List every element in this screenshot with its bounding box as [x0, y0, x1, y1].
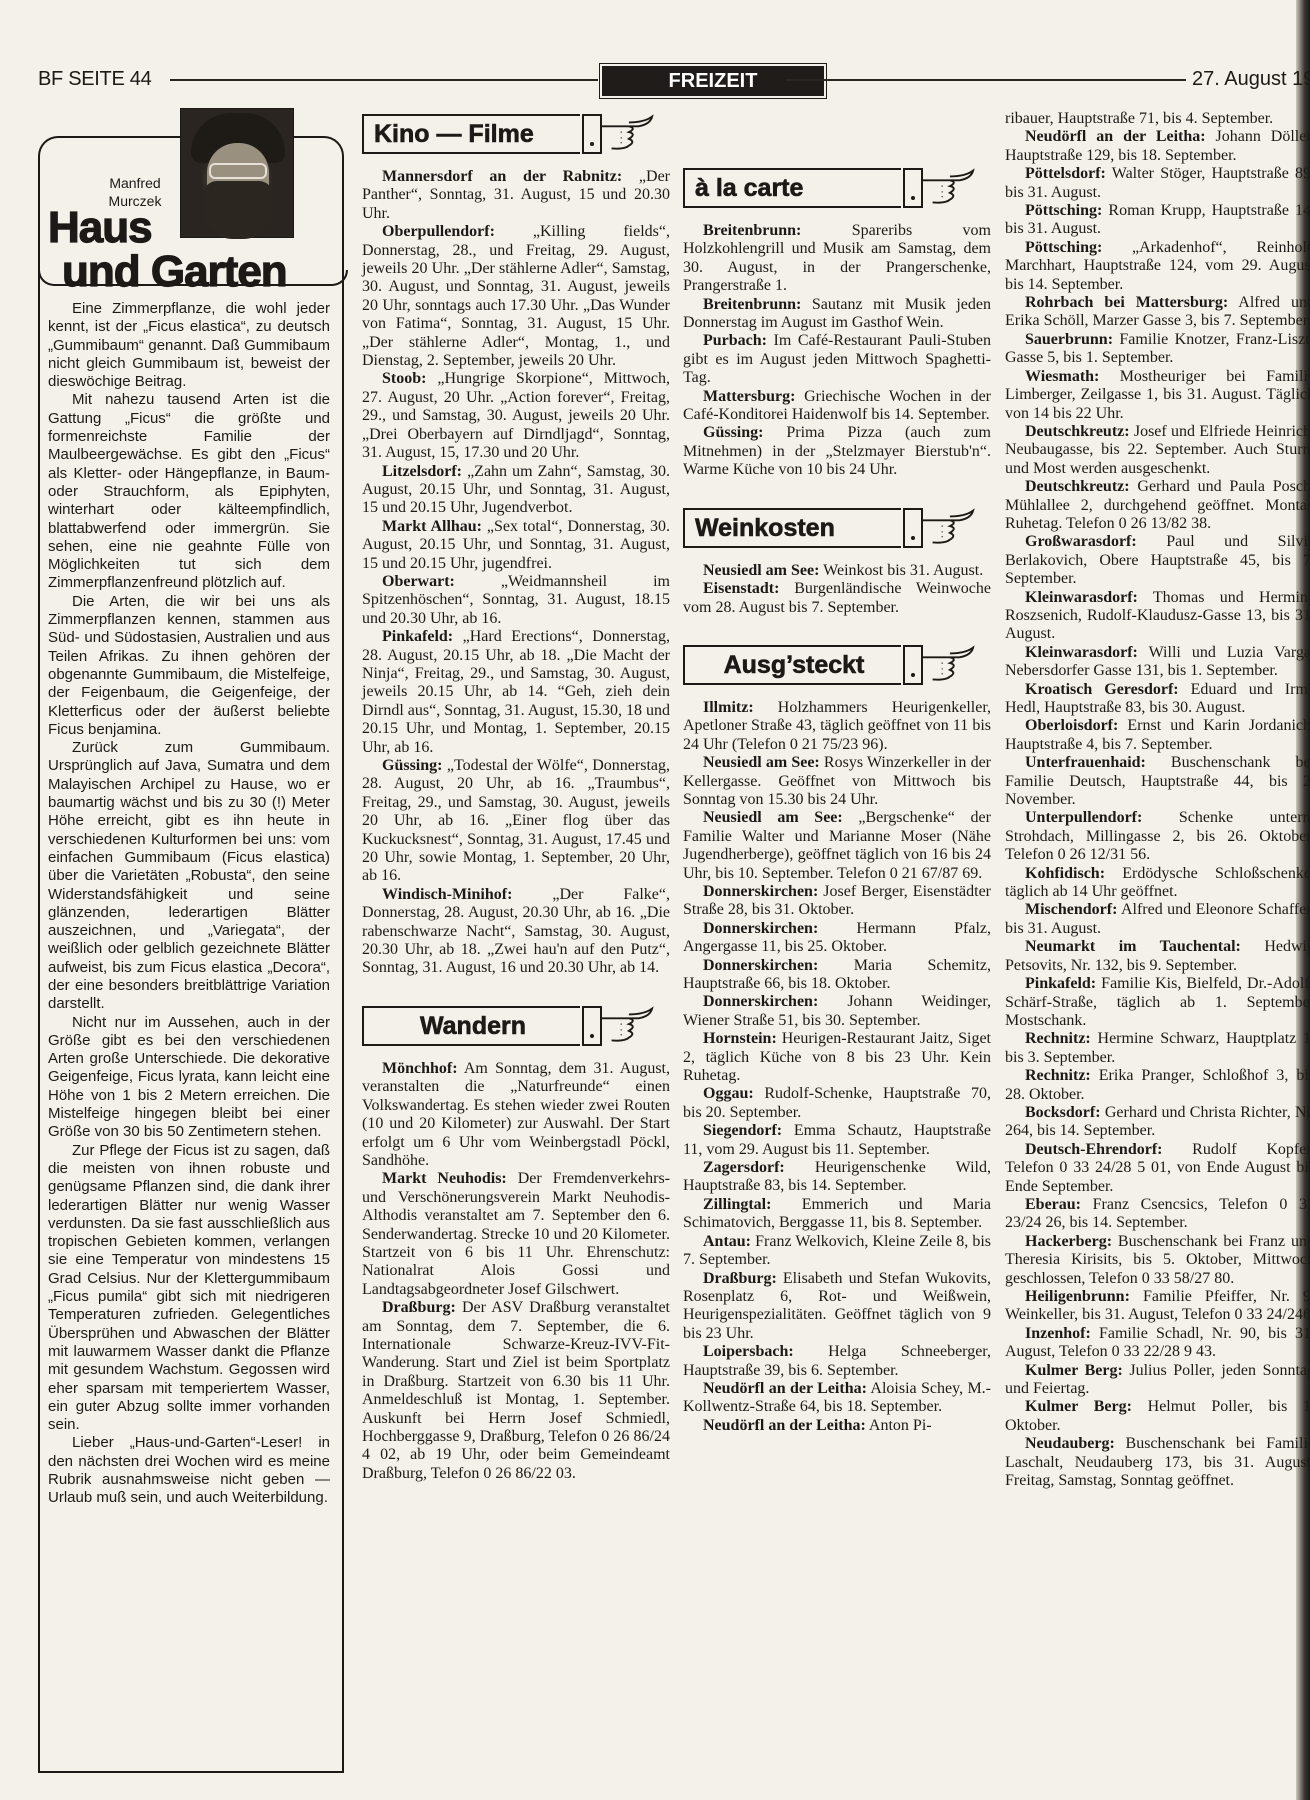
article-paragraph: Mit nahezu tausend Arten ist die Gattung… [48, 391, 330, 592]
pointing-hand-icon [921, 643, 975, 687]
listing-entry: Zillingtal: Emmerich und Maria Schimatov… [683, 1196, 991, 1233]
listing-entry: Sauerbrunn: Familie Knotzer, Franz-Liszt… [1005, 331, 1310, 368]
listing-entry: Neudörfl an der Leitha: Aloisia Schey, M… [683, 1380, 991, 1417]
listing-entry: Purbach: Im Café-Restaurant Pauli-Stuben… [683, 332, 991, 387]
listing-entry: Kulmer Berg: Helmut Poller, bis 1. Oktob… [1005, 1398, 1310, 1435]
article-paragraph: Lieber „Haus-und-Garten“-Leser! in den n… [48, 1434, 330, 1507]
listing-entry: Großwarasdorf: Paul und Silvia Berlakovi… [1005, 533, 1310, 588]
listing-entry: Neudauberg: Buschenschank bei Familie La… [1005, 1435, 1310, 1490]
listing-entry: Neusiedl am See: Weinkost bis 31. August… [683, 562, 991, 580]
listing-entry: Rechnitz: Hermine Schwarz, Hauptplatz 1,… [1005, 1030, 1310, 1067]
listing-entry: Heiligenbrunn: Familie Pfeiffer, Nr. 9, … [1005, 1288, 1310, 1325]
listing-entry: Pöttsching: „Arkadenhof“, Reinhold March… [1005, 239, 1310, 294]
listing-entry: Mannersdorf an der Rabnitz: „Der Panther… [362, 168, 670, 223]
listing-entry: Eisenstadt: Burgenländische Weinwoche vo… [683, 580, 991, 617]
listing-entry: Eberau: Franz Csencsics, Telefon 0 33 23… [1005, 1196, 1310, 1233]
listing-entry: Mönchhof: Am Sonntag, dem 31. August, ve… [362, 1060, 670, 1170]
listing-entry: Donnerskirchen: Josef Berger, Eisenstädt… [683, 883, 991, 920]
listing-entry: Donnerskirchen: Johann Weidinger, Wiener… [683, 993, 991, 1030]
listing-entry: Antau: Franz Welkovich, Kleine Zeile 8, … [683, 1233, 991, 1270]
listing-entry: Rechnitz: Erika Pranger, Schloßhof 3, bi… [1005, 1067, 1310, 1104]
listing-entry: Neumarkt im Tauchental: Hedwig Petsovits… [1005, 938, 1310, 975]
section-header-ausgsteckt: Ausg’steckt [683, 645, 901, 685]
listing-entry: Breitenbrunn: Sautanz mit Musik jeden Do… [683, 296, 991, 333]
listing-entry: Deutschkreutz: Josef und Elfriede Heinri… [1005, 423, 1310, 478]
continued-text: ribauer, Hauptstraße 71, bis 4. Septembe… [1005, 110, 1310, 128]
listing-entry: Loipersbach: Helga Schneeberger, Hauptst… [683, 1343, 991, 1380]
listing-entry: Litzelsdorf: „Zahn um Zahn“, Samstag, 30… [362, 463, 670, 518]
header-rule-left [170, 79, 598, 81]
listing-entry: Bocksdorf: Gerhard und Christa Richter, … [1005, 1104, 1310, 1141]
news-column-4: ribauer, Hauptstraße 71, bis 4. Septembe… [1005, 110, 1310, 1490]
article-paragraph: Zur Pflege der Ficus ist zu sagen, daß d… [48, 1142, 330, 1435]
listing-entry: Mattersburg: Griechische Wochen in der C… [683, 388, 991, 425]
listing-entry: Hackerberg: Buschenschank bei Franz und … [1005, 1233, 1310, 1288]
pointing-hand-icon [600, 112, 654, 156]
listing-entry: Donnerskirchen: Hermann Pfalz, Angergass… [683, 920, 991, 957]
listing-entry: Draßburg: Elisabeth und Stefan Wukovits,… [683, 1270, 991, 1344]
article-paragraph: Zurück zum Gummibaum. Ursprünglich auf J… [48, 739, 330, 1013]
pointing-hand-icon [921, 506, 975, 550]
listing-entry: Unterpullendorf: Schenke unterm Strohdac… [1005, 809, 1310, 864]
article-paragraph: Nicht nur im Aussehen, auch in der Größe… [48, 1014, 330, 1142]
pointing-hand-icon [600, 1004, 654, 1048]
listing-entry: Stoob: „Hungrige Skorpione“, Mittwoch, 2… [362, 370, 670, 462]
listing-entry: Neusiedl am See: „Bergschenke“ der Famil… [683, 809, 991, 883]
listing-entry: Windisch-Minihof: „Der Falke“, Donnersta… [362, 886, 670, 978]
listing-entry: Rohrbach bei Mattersburg: Alfred und Eri… [1005, 294, 1310, 331]
news-column-2: Kino — Filme Mannersdorf an der Rabnitz:… [362, 108, 670, 1483]
listing-entry: Siegendorf: Emma Schautz, Hauptstraße 11… [683, 1122, 991, 1159]
listing-entry: Oberwart: „Weidmannsheil im Spitzenhösch… [362, 573, 670, 628]
listing-entry: Donnerskirchen: Maria Schemitz, Hauptstr… [683, 957, 991, 994]
listing-entry: Neusiedl am See: Rosys Winzerkeller in d… [683, 754, 991, 809]
listing-entry: Oberpullendorf: „Killing fields“, Donner… [362, 223, 670, 370]
listing-entry: Pöttsching: Roman Krupp, Hauptstraße 14,… [1005, 202, 1310, 239]
listing-entry: Wiesmath: Mostheuriger bei Familie Limbe… [1005, 368, 1310, 423]
listing-entry: Kleinwarasdorf: Willi und Luzia Varga, N… [1005, 644, 1310, 681]
listing-entry: Pinkafeld: Familie Kis, Bielfeld, Dr.-Ad… [1005, 975, 1310, 1030]
listing-entry: Pinkafeld: „Hard Erections“, Donnerstag,… [362, 628, 670, 757]
section-header-a-la-carte: à la carte [683, 168, 901, 208]
section-header-wandern: Wandern [362, 1006, 580, 1046]
listing-entry: Markt Allhau: „Sex total“, Donnerstag, 3… [362, 518, 670, 573]
section-header-weinkosten: Weinkosten [683, 508, 901, 548]
article-paragraph: Eine Zimmerpflanze, die wohl jeder kennt… [48, 300, 330, 391]
listing-entry: Kohfidisch: Erdödysche Schloßschenke, tä… [1005, 865, 1310, 902]
listing-entry: Inzenhof: Familie Schadl, Nr. 90, bis 31… [1005, 1325, 1310, 1362]
section-header-kino: Kino — Filme [362, 114, 580, 154]
listing-entry: Kulmer Berg: Julius Poller, jeden Sonnta… [1005, 1362, 1310, 1399]
listing-entry: Illmitz: Holzhammers Heurigenkeller, Ape… [683, 699, 991, 754]
listing-entry: Kleinwarasdorf: Thomas und Hermina Roszs… [1005, 589, 1310, 644]
issue-date: 27. August 1986 [1192, 68, 1310, 91]
listing-entry: Pöttelsdorf: Walter Stöger, Hauptstraße … [1005, 165, 1310, 202]
listing-entry: Oberloisdorf: Ernst und Karin Jordanich,… [1005, 717, 1310, 754]
listing-entry: Neudörfl an der Leitha: Johann Döller, H… [1005, 128, 1310, 165]
article-paragraph: Die Arten, die wir bei uns als Zimmerpfl… [48, 593, 330, 739]
listing-entry: Unterfrauenhaid: Buschenschank bei Famil… [1005, 754, 1310, 809]
page-number: BF SEITE 44 [38, 68, 151, 91]
pointing-hand-icon [921, 166, 975, 210]
haus-und-garten-column: Manfred Murczek Haus und Garten Eine Zim… [38, 108, 344, 1773]
listing-entry: Draßburg: Der ASV Draßburg veranstaltet … [362, 1299, 670, 1483]
listing-entry: Güssing: „Todestal der Wölfe“, Donnersta… [362, 757, 670, 886]
header-rule-right [786, 79, 1186, 81]
listing-entry: Mischendorf: Alfred und Eleonore Schaffe… [1005, 901, 1310, 938]
listing-entry: Neudörfl an der Leitha: Anton Pi- [683, 1417, 991, 1435]
listing-entry: Oggau: Rudolf-Schenke, Hauptstraße 70, b… [683, 1085, 991, 1122]
listing-entry: Güssing: Prima Pizza (auch zum Mitnehmen… [683, 424, 991, 479]
page-header: BF SEITE 44 FREIZEIT 27. August 1986 [38, 66, 1310, 96]
news-column-3: à la carte Breitenbrunn: Spareribs vom H… [683, 110, 991, 1435]
listing-entry: Breitenbrunn: Spareribs vom Holzkohlengr… [683, 222, 991, 296]
listing-entry: Kroatisch Geresdorf: Eduard und Irma Hed… [1005, 681, 1310, 718]
listing-entry: Markt Neuhodis: Der Fremdenverkehrs- und… [362, 1170, 670, 1299]
listing-entry: Deutschkreutz: Gerhard und Paula Posch, … [1005, 478, 1310, 533]
listing-entry: Hornstein: Heurigen-Restaurant Jaitz, Si… [683, 1030, 991, 1085]
article-body: Eine Zimmerpflanze, die wohl jeder kennt… [48, 300, 330, 1508]
section-badge: FREIZEIT [602, 66, 824, 96]
listing-entry: Deutsch-Ehrendorf: Rudolf Kopfer, Telefo… [1005, 1141, 1310, 1196]
listing-entry: Zagersdorf: Heurigenschenke Wild, Haupts… [683, 1159, 991, 1196]
